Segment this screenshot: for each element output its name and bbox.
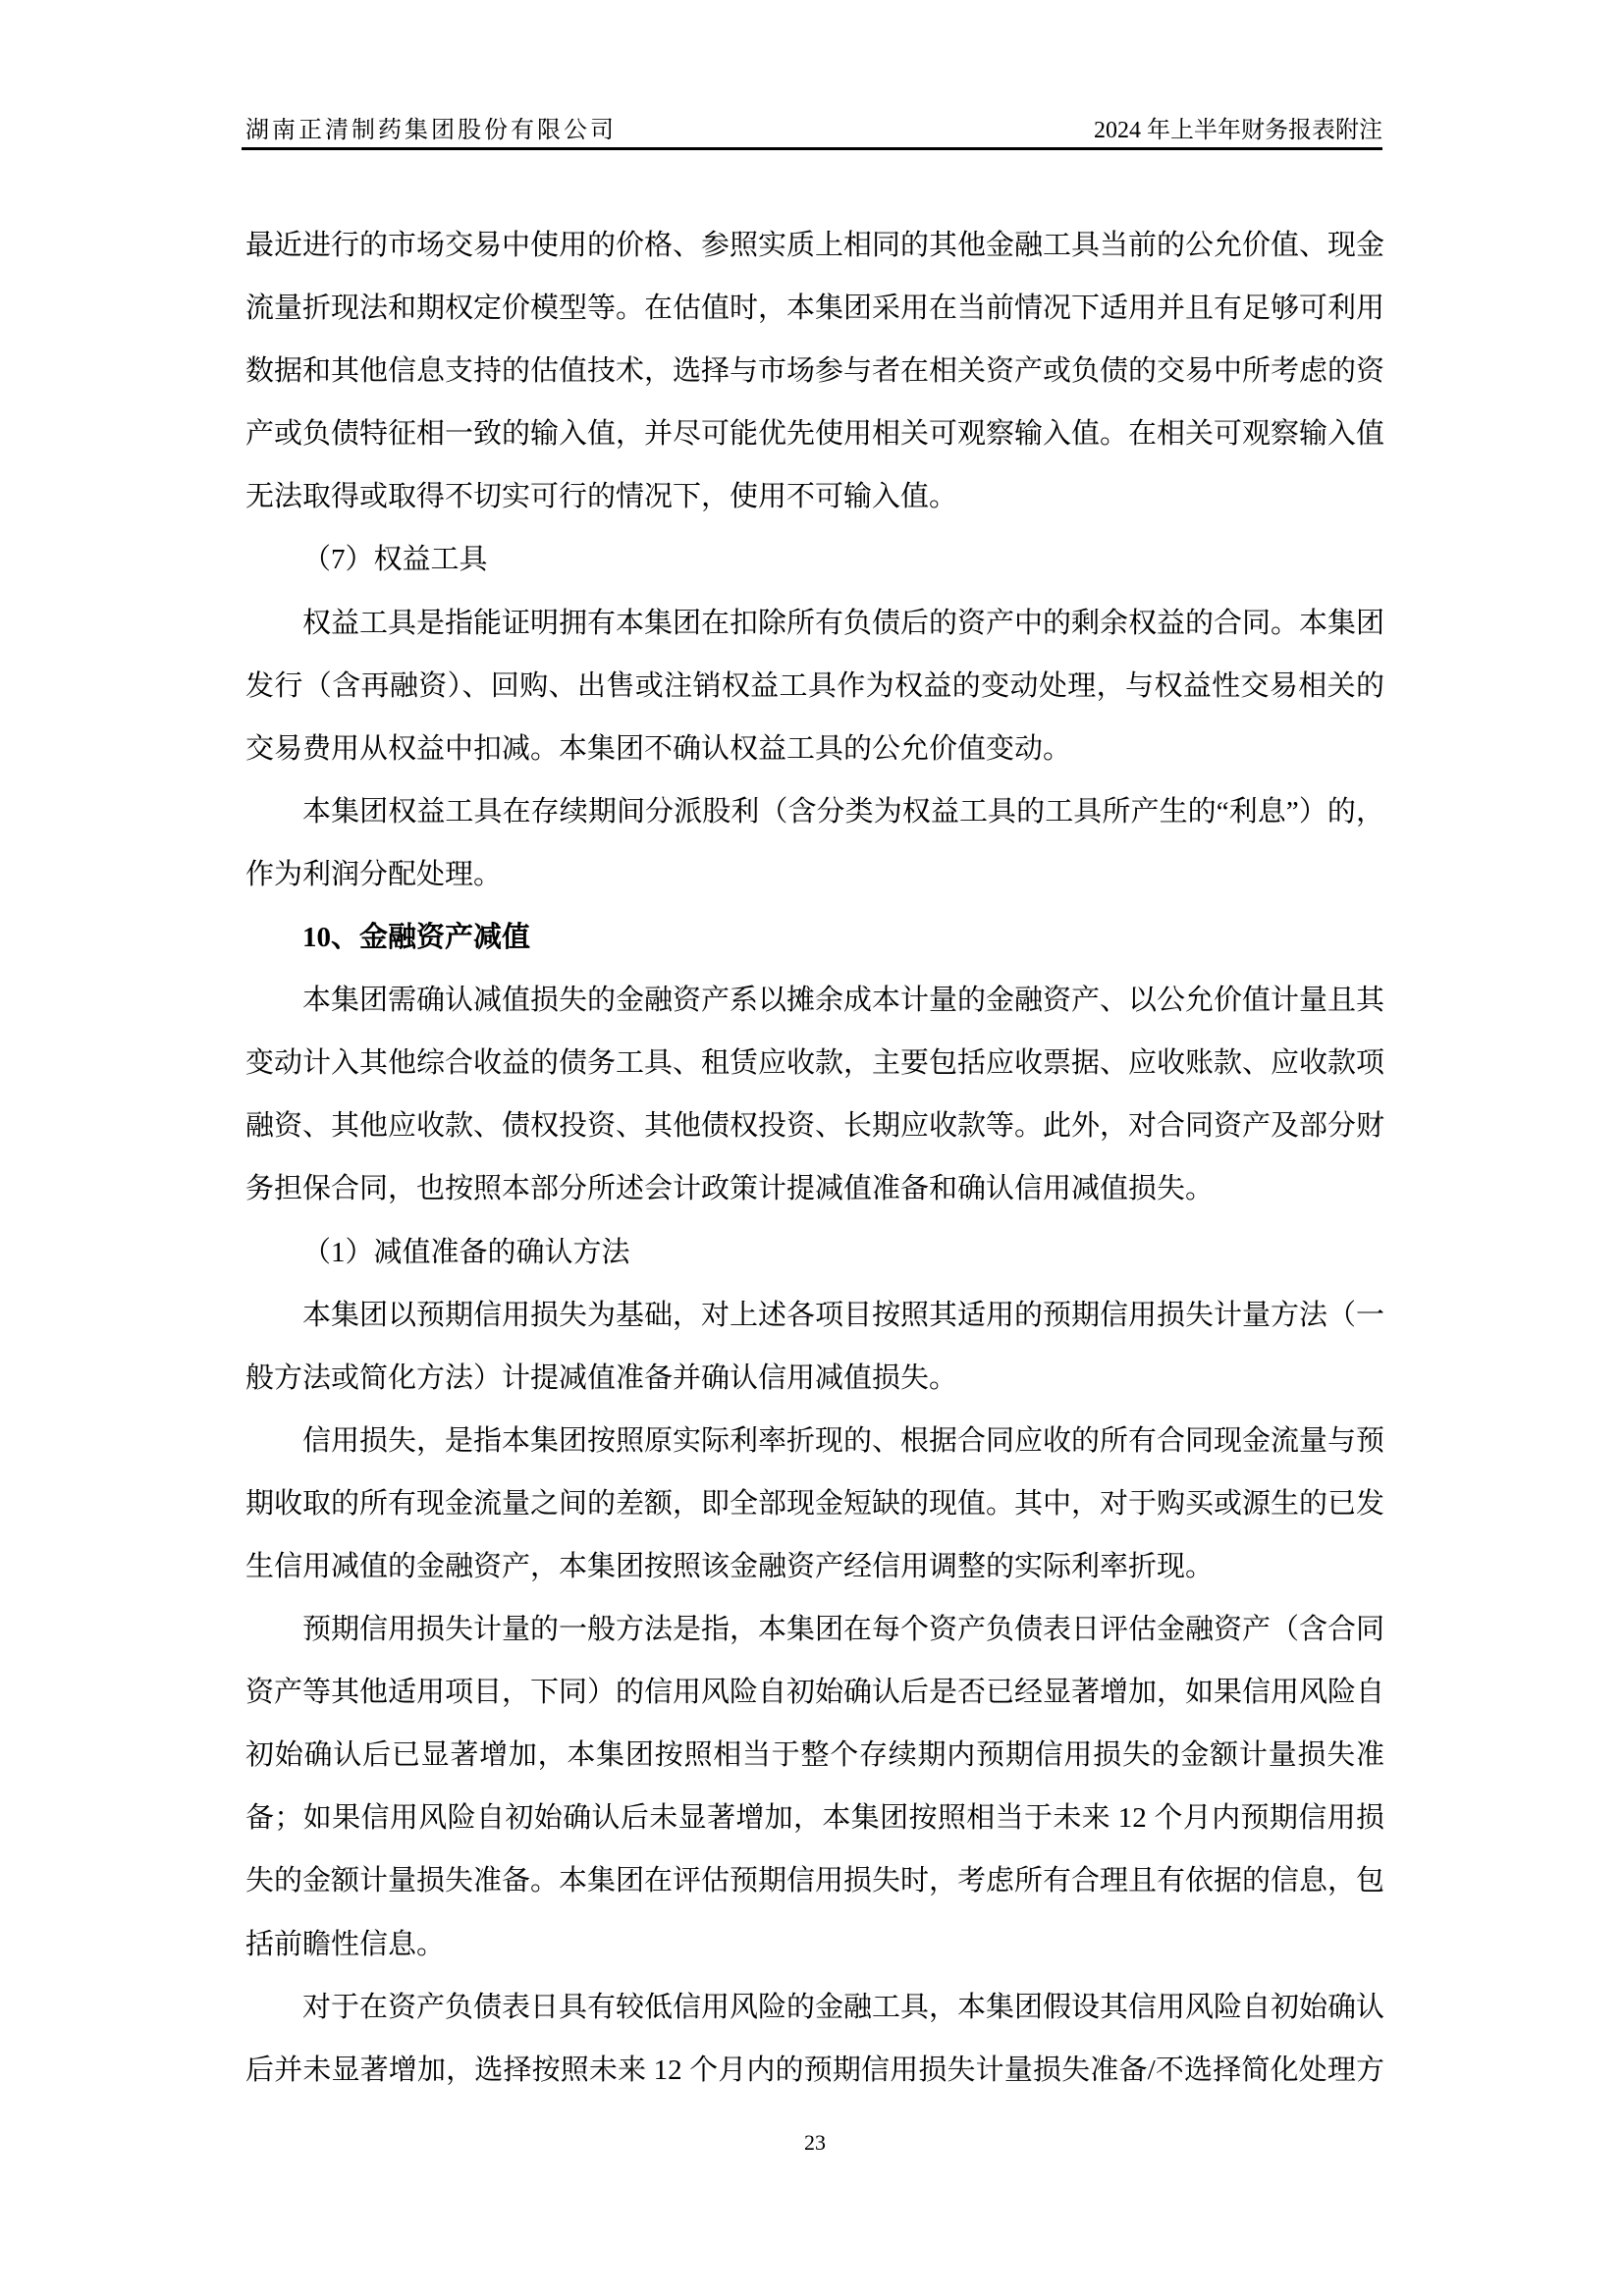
body-line: 权益工具是指能证明拥有本集团在扣除所有负债后的资产中的剩余权益的合同。本集团 xyxy=(245,592,1384,655)
subheading-7-equity-instruments: （7）权益工具 xyxy=(245,528,1384,591)
heading-10-financial-asset-impairment: 10、金融资产减值 xyxy=(245,906,1384,969)
document-page: 湖南正清制药集团股份有限公司 2024 年上半年财务报表附注 最近进行的市场交易… xyxy=(0,0,1624,2296)
body-line: 生信用减值的金融资产，本集团按照该金融资产经信用调整的实际利率折现。 xyxy=(245,1535,1384,1598)
page-number: 23 xyxy=(245,2130,1384,2156)
document-body: 最近进行的市场交易中使用的价格、参照实质上相同的其他金融工具当前的公允价值、现金… xyxy=(245,214,1384,2102)
body-line: 失的金额计量损失准备。本集团在评估预期信用损失时，考虑所有合理且有依据的信息，包 xyxy=(245,1849,1384,1912)
body-line: 最近进行的市场交易中使用的价格、参照实质上相同的其他金融工具当前的公允价值、现金 xyxy=(245,214,1384,277)
body-line: 发行（含再融资）、回购、出售或注销权益工具作为权益的变动处理，与权益性交易相关的 xyxy=(245,655,1384,718)
body-line: 备；如果信用风险自初始确认后未显著增加，本集团按照相当于未来 12 个月内预期信… xyxy=(245,1787,1384,1849)
subheading-1-impairment-recognition-method: （1）减值准备的确认方法 xyxy=(245,1221,1384,1284)
body-line: 无法取得或取得不切实可行的情况下，使用不可输入值。 xyxy=(245,465,1384,528)
body-line: 信用损失，是指本集团按照原实际利率折现的、根据合同应收的所有合同现金流量与预 xyxy=(245,1410,1384,1472)
body-line: 作为利润分配处理。 xyxy=(245,843,1384,906)
page-header: 湖南正清制药集团股份有限公司 2024 年上半年财务报表附注 xyxy=(245,110,1382,144)
body-line: 数据和其他信息支持的估值技术，选择与市场参与者在相关资产或负债的交易中所考虑的资 xyxy=(245,340,1384,402)
header-company-name: 湖南正清制药集团股份有限公司 xyxy=(245,110,617,144)
body-line: 初始确认后已显著增加，本集团按照相当于整个存续期内预期信用损失的金额计量损失准 xyxy=(245,1724,1384,1787)
body-line: 预期信用损失计量的一般方法是指，本集团在每个资产负债表日评估金融资产（含合同 xyxy=(245,1598,1384,1661)
body-line: 交易费用从权益中扣减。本集团不确认权益工具的公允价值变动。 xyxy=(245,718,1384,780)
body-line: 资产等其他适用项目，下同）的信用风险自初始确认后是否已经显著增加，如果信用风险自 xyxy=(245,1661,1384,1724)
body-line: 后并未显著增加，选择按照未来 12 个月内的预期信用损失计量损失准备/不选择简化… xyxy=(245,2039,1384,2102)
body-line: 融资、其他应收款、债权投资、其他债权投资、长期应收款等。此外，对合同资产及部分财 xyxy=(245,1095,1384,1157)
body-line: 变动计入其他综合收益的债务工具、租赁应收款，主要包括应收票据、应收账款、应收款项 xyxy=(245,1032,1384,1095)
body-line: 期收取的所有现金流量之间的差额，即全部现金短缺的现值。其中，对于购买或源生的已发 xyxy=(245,1472,1384,1535)
body-line: 般方法或简化方法）计提减值准备并确认信用减值损失。 xyxy=(245,1347,1384,1410)
body-line: 本集团需确认减值损失的金融资产系以摊余成本计量的金融资产、以公允价值计量且其 xyxy=(245,969,1384,1032)
body-line: 流量折现法和期权定价模型等。在估值时，本集团采用在当前情况下适用并且有足够可利用 xyxy=(245,277,1384,340)
body-line: 对于在资产负债表日具有较低信用风险的金融工具，本集团假设其信用风险自初始确认 xyxy=(245,1976,1384,2039)
body-line: 务担保合同，也按照本部分所述会计政策计提减值准备和确认信用减值损失。 xyxy=(245,1157,1384,1220)
body-line: 本集团以预期信用损失为基础，对上述各项目按照其适用的预期信用损失计量方法（一 xyxy=(245,1284,1384,1347)
header-rule xyxy=(242,147,1382,150)
body-line: 本集团权益工具在存续期间分派股利（含分类为权益工具的工具所产生的“利息”）的， xyxy=(245,780,1384,843)
header-report-title: 2024 年上半年财务报表附注 xyxy=(1094,110,1382,144)
body-line: 产或负债特征相一致的输入值，并尽可能优先使用相关可观察输入值。在相关可观察输入值 xyxy=(245,402,1384,465)
body-line: 括前瞻性信息。 xyxy=(245,1913,1384,1976)
